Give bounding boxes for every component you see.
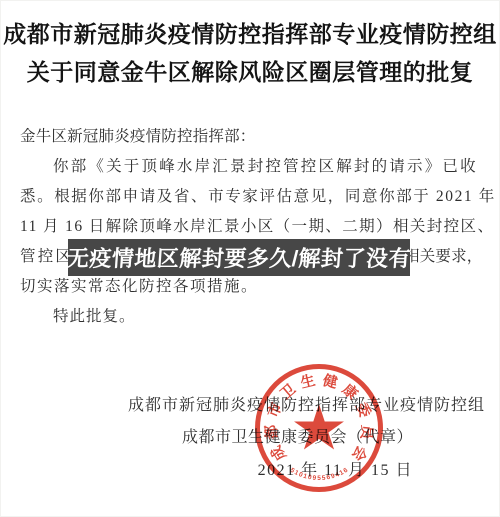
seal-ring-char: 卫 [277, 381, 300, 404]
paragraph-line-1: 你部《关于顶峰水岸汇景封控管控区解封的请示》已收 [53, 157, 478, 177]
watermark-text: 无疫情地区解封要多久/解封了没有 [66, 242, 412, 273]
seal-ring-char: 员 [357, 423, 374, 440]
paragraph-line-5: 切实落实常态化防控各项措施。 [20, 277, 258, 297]
title-line-2: 关于同意金牛区解除风险区圈层管理的批复 [0, 54, 500, 92]
seal-ring-char: 委 [352, 400, 373, 421]
paragraph-line-2: 悉。根据你部申请及省、市专家评估意见，同意你部于 2021 年 [20, 187, 496, 207]
seal-ring-char: 市 [265, 400, 286, 421]
salutation: 金牛区新冠肺炎疫情防控指挥部： [20, 127, 256, 147]
seal-ring-char: 成 [268, 442, 290, 464]
seal-ring-char: 会 [348, 442, 370, 464]
seal-ring-char: 生 [298, 373, 317, 392]
seal-ring-char: 康 [338, 381, 361, 404]
watermark-banner: 无疫情地区解封要多久/解封了没有 [68, 239, 410, 276]
seal-ring-char: 都 [264, 423, 281, 440]
seal-ring-char: 健 [320, 373, 339, 392]
paragraph-line-3: 11 月 16 日解除顶峰水岸汇景小区（一期、二期）相关封控区、 [20, 217, 494, 237]
paragraph-line-4-right: 相关要求， [404, 247, 483, 267]
title-line-1: 成都市新冠肺炎疫情防控指挥部专业疫情防控组 [0, 16, 500, 54]
official-seal: 成都市卫生健康委员会 5101095569416 [255, 364, 383, 492]
document-title: 成都市新冠肺炎疫情防控指挥部专业疫情防控组 关于同意金牛区解除风险区圈层管理的批… [0, 16, 500, 92]
paragraph-line-4-left: 管控区 [20, 248, 73, 265]
document-page: 成都市新冠肺炎疫情防控指挥部专业疫情防控组 关于同意金牛区解除风险区圈层管理的批… [0, 0, 500, 517]
red-star-icon [293, 404, 345, 454]
closing-line: 特此批复。 [53, 307, 136, 327]
